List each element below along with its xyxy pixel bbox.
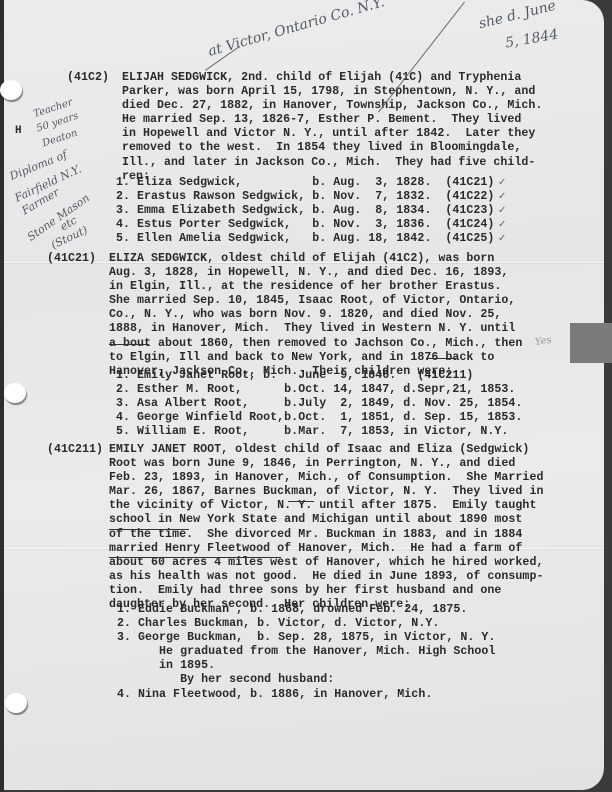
section-41C21-body: ELIZA SEDGWICK, oldest child of Elijah (… — [109, 252, 522, 379]
child-list-item: in 1895. — [117, 659, 495, 673]
section-41C2-body: ELIJAH SEDGWICK, 2nd. child of Elijah (4… — [122, 71, 542, 184]
child-list-item: He graduated from the Hanover, Mich. Hig… — [117, 645, 495, 659]
paragraph-line: removed to the west. In 1854 they lived … — [122, 141, 542, 155]
paragraph-line: as his health was not good. He died in J… — [109, 570, 543, 584]
paragraph-line: a bout about 1860, then removed to Jachs… — [109, 337, 522, 351]
child-list-item: 5. William E. Root, b.Mar. 7, 1853, in V… — [116, 425, 522, 439]
child-list-item: 3. George Buckman, b. Sep. 28, 1875, in … — [117, 631, 495, 645]
paragraph-line: ELIZA SEDGWICK, oldest child of Elijah (… — [109, 252, 522, 266]
child-list-item: 3. Asa Albert Root, b.July 2, 1849, d. N… — [116, 397, 522, 411]
paragraph-line: tion. Emily had three sons by her first … — [109, 584, 543, 598]
child-list-item: 2. Esther M. Root, b.Oct. 14, 1847, d.Se… — [116, 383, 522, 397]
check-mark-icon: ✓ — [494, 190, 506, 204]
strikethrough — [288, 501, 314, 502]
page-edge — [0, 0, 4, 792]
child-list-item: 1. Eliza Sedgwick, b. Aug. 3, 1828. (41C… — [116, 176, 494, 190]
strikethrough — [109, 529, 189, 530]
paragraph-line: Co., N. Y., who was born Nov. 9. 1820, a… — [109, 308, 522, 322]
paragraph-line: Aug. 3, 1828, in Hopewell, N. Y., and di… — [109, 266, 522, 280]
section-41C2-children: 1. Eliza Sedgwick, b. Aug. 3, 1828. (41C… — [116, 176, 494, 246]
paragraph-line: Feb. 23, 1893, in Hanover, Mich., of Con… — [109, 471, 543, 485]
paragraph-line: to Elgin, Ill and back to New York, and … — [109, 351, 522, 365]
child-list-item: 1. Emily Janet Root, b. June 9, 1846. (4… — [116, 369, 522, 383]
paragraph-line: She married Sep. 10, 1845, Isaac Root, o… — [109, 294, 522, 308]
margin-mark-h: H — [15, 124, 22, 138]
child-list-item: By her second husband: — [117, 673, 495, 687]
paragraph-line: in Elgin, Ill., at the residence of her … — [109, 280, 522, 294]
paragraph-line: school in New York State and Michigan un… — [109, 513, 543, 527]
punch-hole-middle — [4, 383, 26, 403]
check-mark-icon: ✓ — [494, 232, 506, 246]
check-mark-icon: ✓ — [494, 176, 506, 190]
section-41C21-children: 1. Emily Janet Root, b. June 9, 1846. (4… — [116, 369, 522, 439]
section-41C211-body: EMILY JANET ROOT, oldest child of Isaac … — [109, 443, 543, 612]
strikethrough — [426, 358, 456, 359]
child-list-item: 2. Erastus Rawson Sedgwick, b. Nov. 7, 1… — [116, 190, 494, 204]
child-list-item: 2. Charles Buckman, b. Victor, d. Victor… — [117, 617, 495, 631]
paragraph-line: died Dec. 27, 1882, in Hanover, Township… — [122, 99, 542, 113]
paragraph-line: Ill., and later in Jackson Co., Mich. Th… — [122, 156, 542, 170]
punch-hole-top — [0, 80, 22, 100]
paragraph-line: ELIJAH SEDGWICK, 2nd. child of Elijah (4… — [122, 71, 542, 85]
strikethrough — [109, 557, 281, 558]
child-list-item: 1. Eddie Buckman , b. 1868, drowned Feb.… — [117, 603, 495, 617]
paragraph-line: He married Sep. 13, 1826-7, Esther P. Be… — [122, 113, 542, 127]
child-list-item: 4. Nina Fleetwood, b. 1886, in Hanover, … — [117, 688, 495, 702]
child-list-item: 3. Emma Elizabeth Sedgwick, b. Aug. 8, 1… — [116, 204, 494, 218]
section-label-41C211: (41C211) — [47, 443, 103, 457]
child-list-item: 4. George Winfield Root,b.Oct. 1, 1851, … — [116, 411, 522, 425]
check-mark-icon: ✓ — [494, 218, 506, 232]
paragraph-line: Root was born June 9, 1846, in Perringto… — [109, 457, 543, 471]
paragraph-line: in Hopewell and Victor N. Y., until afte… — [122, 127, 542, 141]
child-list-item: 4. Estus Porter Sedgwick, b. Nov. 3, 183… — [116, 218, 494, 232]
section-41C211-children: 1. Eddie Buckman , b. 1868, drowned Feb.… — [117, 603, 495, 702]
strikethrough — [109, 344, 149, 345]
check-mark-icon: ✓ — [494, 204, 506, 218]
section-label-41C21: (41C21) — [47, 252, 96, 266]
paragraph-line: Mar. 26, 1867, Barnes Buckman, of Victor… — [109, 485, 543, 499]
punch-hole-bottom — [5, 693, 27, 713]
child-list-item: 5. Ellen Amelia Sedgwick, b. Aug. 18, 18… — [116, 232, 494, 246]
paragraph-line: EMILY JANET ROOT, oldest child of Isaac … — [109, 443, 543, 457]
index-tab — [570, 323, 612, 363]
paragraph-line: married Henry Fleetwood of Hanover, Mich… — [109, 542, 543, 556]
paragraph-line: the vicinity of Victor, N. Y. until afte… — [109, 499, 543, 513]
section-label-41C2: (41C2) — [67, 71, 109, 85]
paragraph-line: 1888, in Hanover, Mich. They lived in We… — [109, 322, 522, 336]
paragraph-line: Parker, was born April 15, 1798, in Step… — [122, 85, 542, 99]
